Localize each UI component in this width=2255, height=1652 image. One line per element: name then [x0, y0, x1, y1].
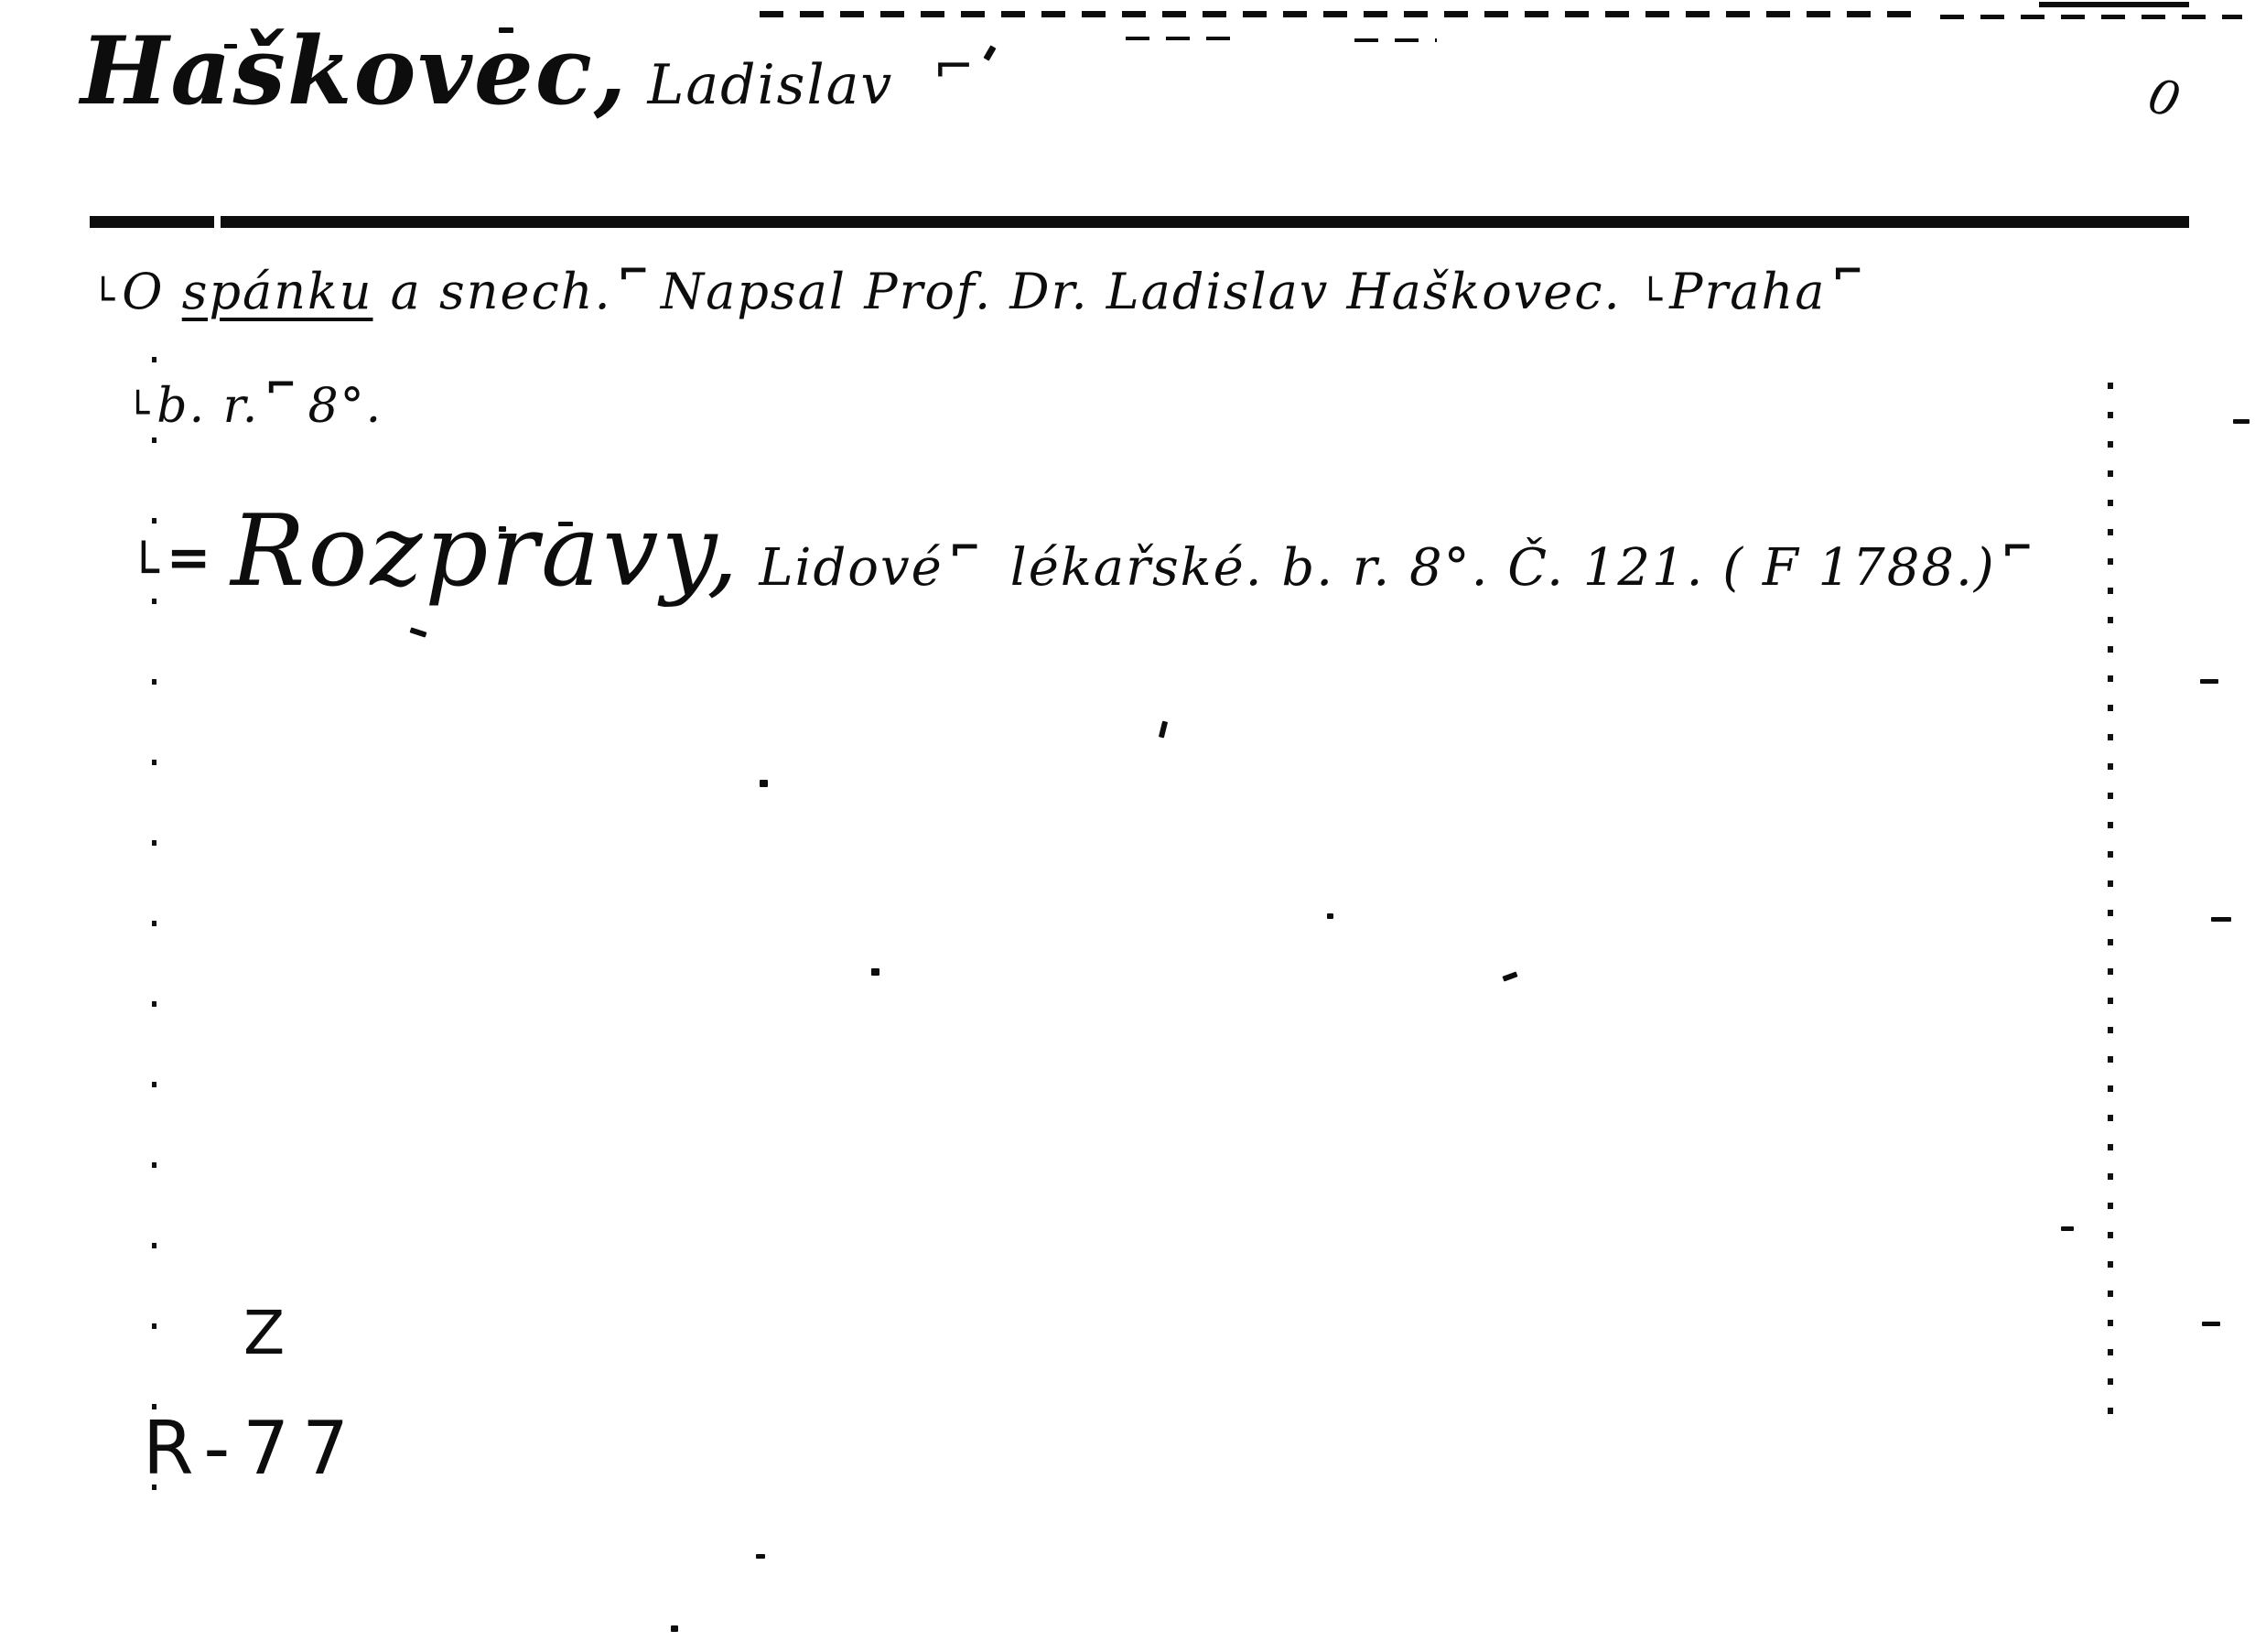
corner-zero-annotation: 0: [2142, 69, 2185, 129]
noise-speck: [499, 526, 506, 532]
heading-line: Haškovec, Ladislav ⌐: [81, 16, 976, 126]
category-letter: Z: [243, 1298, 286, 1368]
noise-speck: [756, 1554, 765, 1559]
top-edge-noise: [1940, 15, 2242, 19]
series-details: . b. r. 8°. Č. 121. ( F 1788.): [1246, 538, 1996, 598]
rule-notch: [214, 216, 221, 228]
noise-speck: [1327, 913, 1333, 919]
noise-speck: [2211, 917, 2231, 922]
heading-surname: Haškovec,: [81, 16, 628, 126]
top-edge-noise: [1354, 38, 1437, 42]
title-entry-line-1: └O spánku a snech.⌐Napsal Prof. Dr. Ladi…: [92, 249, 1875, 321]
format-statement: 8°.: [308, 379, 383, 434]
series-qualifier-2: lékařské: [992, 538, 1246, 598]
title-end: a snech.: [373, 263, 612, 320]
right-dotted-rule: [2108, 383, 2113, 1433]
noise-speck: [558, 522, 573, 526]
catalog-card: Haškovec, Ladislav ⌐ 0 └O spánku a snech…: [0, 0, 2255, 1652]
noise-speck: [410, 627, 427, 637]
statement-of-responsibility: Napsal Prof. Dr. Ladislav Haškovec.: [661, 263, 1622, 320]
title-start: O: [122, 263, 181, 320]
noise-speck: [2202, 1322, 2220, 1326]
corner-mark-close-icon: ⌐: [618, 249, 652, 294]
corner-mark-close-icon: ⌐: [933, 38, 976, 95]
corner-mark-close-icon: ⌐: [264, 362, 298, 407]
corner-mark-open-icon: └: [1639, 276, 1664, 321]
top-edge-noise: [2039, 2, 2189, 7]
left-dotted-rule: [152, 357, 156, 1565]
heading-forename: Ladislav: [647, 53, 893, 117]
corner-mark-open-icon: └: [92, 276, 116, 321]
equals-sign: =: [167, 526, 213, 588]
series-qualifier-1: Lidové: [741, 538, 944, 598]
noise-speck: [1502, 971, 1517, 981]
noise-speck: [983, 45, 996, 60]
noise-speck: [2233, 419, 2250, 424]
call-number: R-77: [143, 1406, 361, 1491]
noise-speck: [671, 1625, 678, 1632]
corner-mark-close-icon: ⌐: [1831, 249, 1865, 294]
publication-place: Praha: [1669, 263, 1826, 320]
top-edge-noise: [1126, 37, 1235, 40]
corner-mark-close-icon: ⌐: [949, 525, 983, 570]
noise-speck: [2200, 679, 2218, 684]
series-title: Rozpravy,: [231, 494, 740, 609]
title-entry-line-2: └b. r.⌐8°.: [126, 362, 383, 435]
title-underlined-word: spánku: [182, 263, 373, 320]
noise-speck: [871, 968, 879, 976]
series-reference-line: └= Rozpravy, Lidové⌐ lékařské. b. r. 8°.…: [128, 494, 2045, 609]
noise-speck: [2061, 1226, 2074, 1231]
horizontal-rule: [90, 216, 2189, 228]
corner-mark-open-icon: └: [126, 390, 151, 435]
noise-speck: [760, 780, 768, 787]
noise-speck: [1159, 721, 1168, 739]
corner-mark-close-icon: ⌐: [2001, 525, 2035, 570]
publication-date: b. r.: [156, 379, 259, 434]
